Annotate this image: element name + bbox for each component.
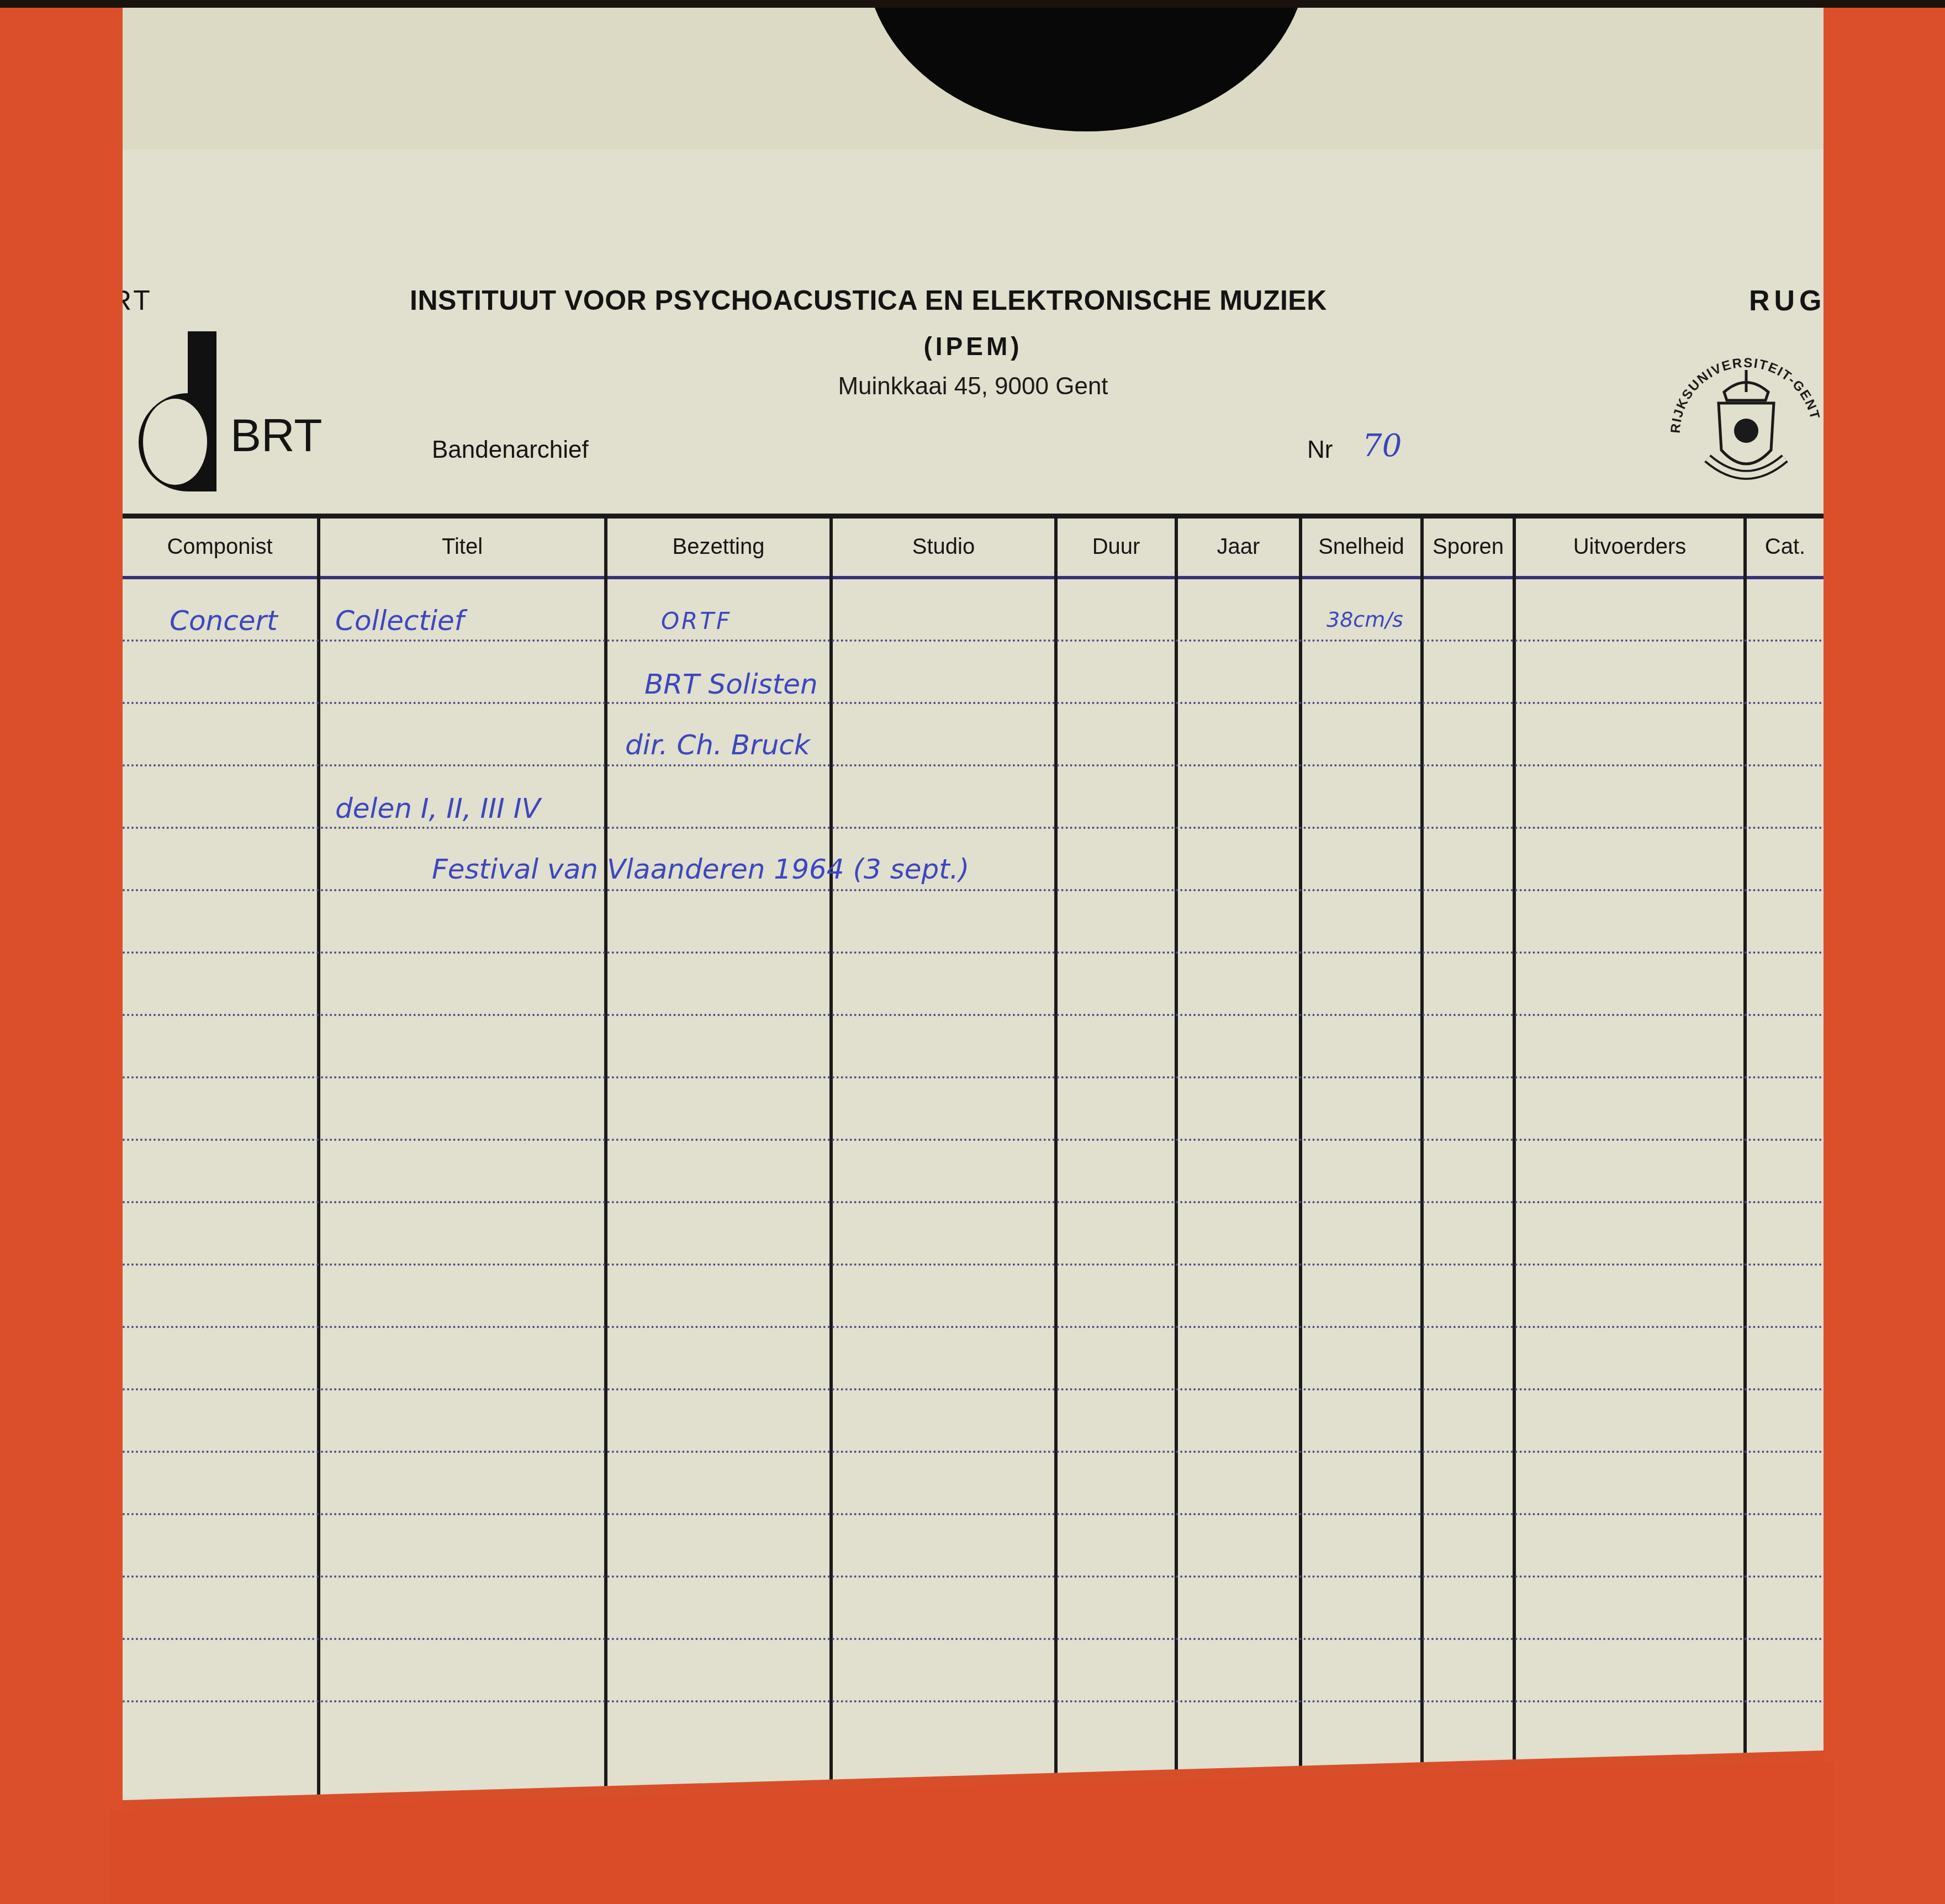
row-rule	[123, 1326, 1824, 1328]
finger-notch	[865, 0, 1307, 131]
row-rule	[123, 1575, 1824, 1578]
handwritten-bezetting-1: ORTF	[661, 607, 732, 634]
column-header-bezetting: Bezetting	[607, 535, 829, 559]
column-divider	[317, 515, 320, 1801]
handwritten-bezetting-2: BRT Solisten	[644, 668, 818, 700]
row-rule	[123, 1451, 1824, 1453]
archive-card: RT INSTITUUT VOOR PSYCHOACUSTICA EN ELEK…	[123, 149, 1824, 1800]
row-rule	[123, 1014, 1824, 1016]
row-rule	[123, 951, 1824, 954]
orange-frame-left	[0, 0, 123, 1904]
row-rule	[123, 764, 1824, 766]
institute-abbreviation: (IPEM)	[123, 331, 1824, 361]
column-header-titel: Titel	[320, 535, 604, 559]
column-divider	[1299, 515, 1302, 1801]
column-divider	[1743, 515, 1747, 1801]
row-rule	[123, 1700, 1824, 1702]
header-top-rule	[123, 514, 1824, 519]
row-rule	[123, 1139, 1824, 1141]
handwritten-componist: Concert	[170, 605, 278, 637]
column-header-jaar: Jaar	[1178, 535, 1299, 559]
top-edge	[0, 0, 1945, 8]
number-label: Nr	[1307, 436, 1333, 464]
row-rule	[123, 1201, 1824, 1203]
column-header-studio: Studio	[833, 535, 1054, 559]
row-rule	[123, 1263, 1824, 1266]
column-divider	[1513, 515, 1516, 1801]
number-value: 70	[1362, 428, 1402, 464]
row-rule	[123, 827, 1824, 829]
row-rule	[123, 1388, 1824, 1390]
row-rule	[123, 889, 1824, 891]
header-bottom-rule	[123, 576, 1824, 579]
column-divider	[1054, 515, 1058, 1801]
row-rule	[123, 702, 1824, 704]
column-header-snelheid: Snelheid	[1302, 535, 1420, 559]
row-rule	[123, 1513, 1824, 1515]
handwritten-titel: Collectief	[335, 605, 464, 637]
university-seal-icon: RIJKSUNIVERSITEIT-GENT	[1663, 340, 1829, 505]
rug-label: RUG	[1749, 284, 1826, 318]
column-divider	[829, 515, 833, 1801]
handwritten-bezetting-3: dir. Ch. Bruck	[625, 729, 810, 761]
column-header-sporen: Sporen	[1424, 535, 1513, 559]
institute-address: Muinkkaai 45, 9000 Gent	[123, 373, 1824, 400]
handwritten-delen: delen I, II, III IV	[335, 792, 541, 824]
institute-title: INSTITUUT VOOR PSYCHOACUSTICA EN ELEKTRO…	[410, 284, 1327, 316]
column-header-duur: Duur	[1058, 535, 1175, 559]
handwritten-festival: Festival van Vlaanderen 1964 (3 sept.)	[432, 853, 969, 885]
column-header-cat: Cat.	[1747, 535, 1824, 559]
orange-frame-right	[1824, 0, 1945, 1904]
handwritten-snelheid: 38cm/s	[1326, 607, 1403, 632]
brt-logo-icon	[123, 331, 216, 491]
sleeve-top	[123, 4, 1824, 149]
row-rule	[123, 1638, 1824, 1640]
column-header-uitvoerders: Uitvoerders	[1516, 535, 1743, 559]
column-divider	[604, 515, 607, 1801]
column-divider	[1175, 515, 1178, 1801]
row-rule	[123, 1076, 1824, 1078]
column-divider	[1420, 515, 1424, 1801]
column-header-componist: Componist	[123, 535, 317, 559]
archive-label: Bandenarchief	[432, 436, 589, 464]
brt-logo-text: BRT	[230, 409, 322, 462]
row-rule	[123, 639, 1824, 642]
